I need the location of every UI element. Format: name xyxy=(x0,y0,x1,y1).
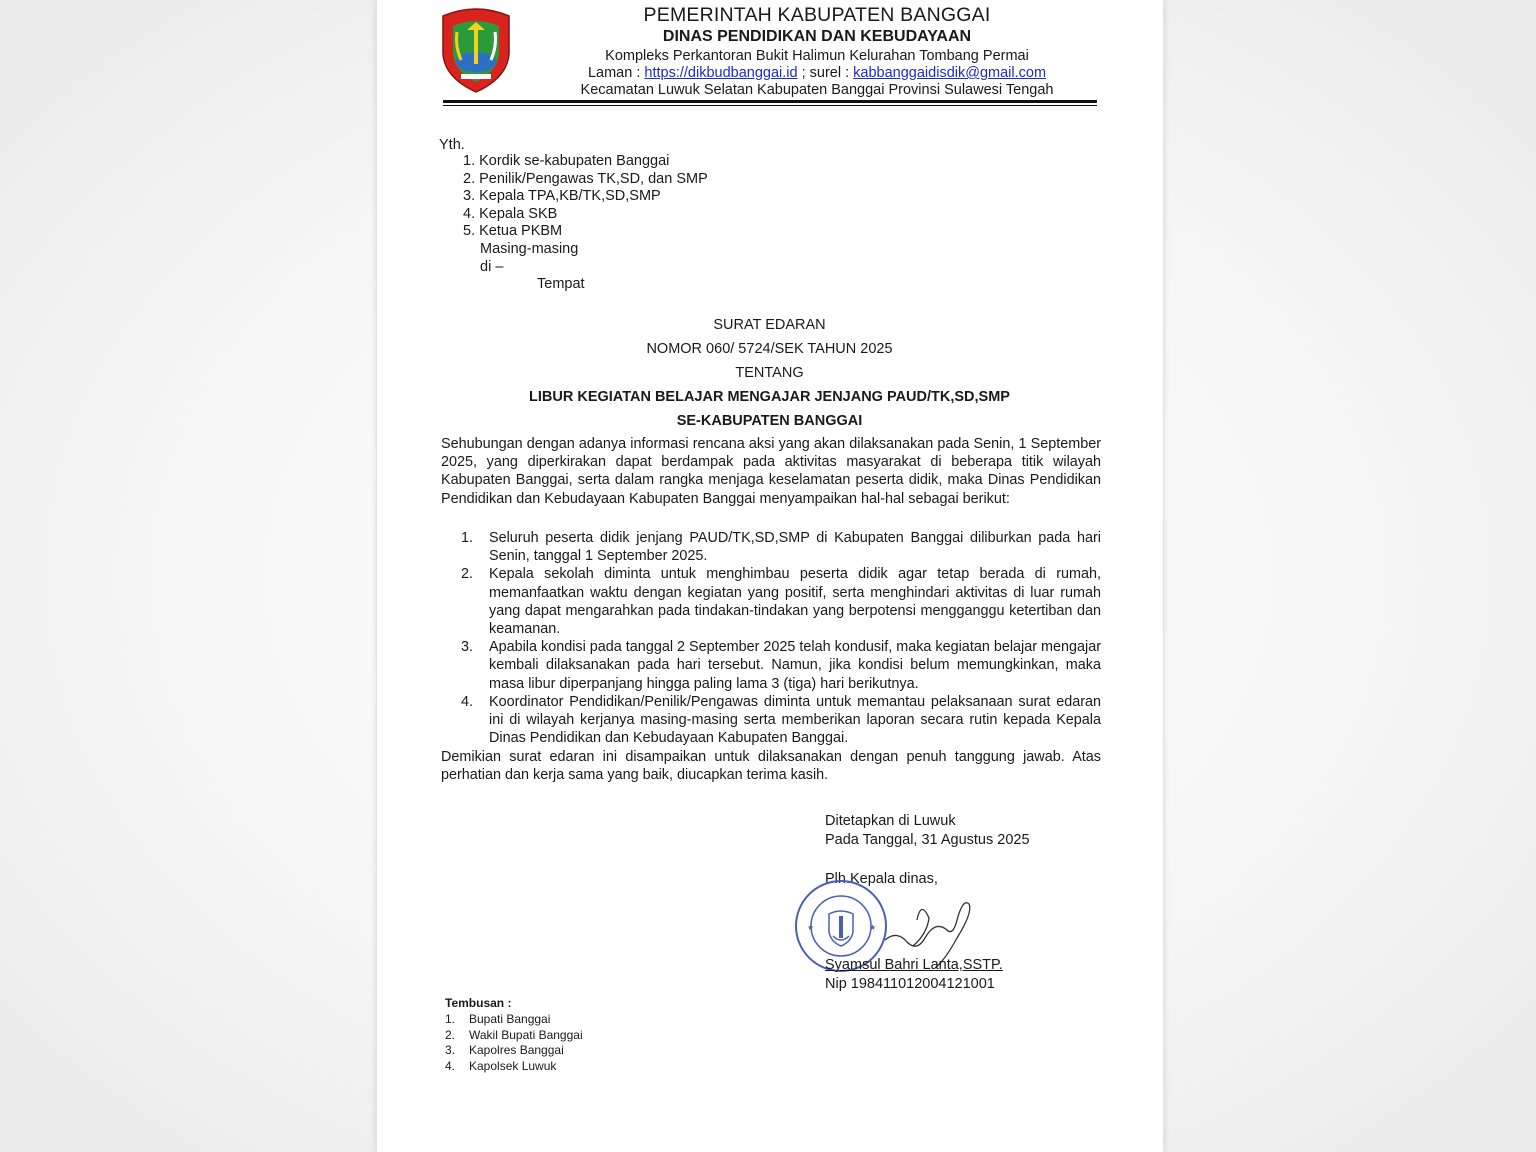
email-label: ; surel : xyxy=(798,65,854,81)
letterhead-address: Kompleks Perkantoran Bukit Halimun Kelur… xyxy=(517,48,1117,64)
copy-label: Tembusan : xyxy=(445,996,583,1012)
recipient-item: 3. Kepala TPA,KB/TK,SD,SMP xyxy=(463,188,708,206)
document-about: TENTANG xyxy=(437,365,1102,381)
recipient-masing: Masing-masing xyxy=(463,241,708,259)
document-subject: LIBUR KEGIATAN BELAJAR MENGAJAR JENJANG … xyxy=(437,389,1102,405)
letter-page: PEMERINTAH KABUPATEN BANGGAI DINAS PENDI… xyxy=(376,0,1164,1152)
regency-emblem-icon xyxy=(437,6,515,94)
website-link[interactable]: https://dikbudbanggai.id xyxy=(644,65,797,81)
document-subject-scope: SE-KABUPATEN BANGGAI xyxy=(437,413,1102,429)
email-link[interactable]: kabbanggaidisdik@gmail.com xyxy=(853,65,1046,81)
copy-item: 3.Kapolres Banggai xyxy=(445,1043,583,1059)
letterhead-divider xyxy=(443,100,1097,103)
letterhead-government: PEMERINTAH KABUPATEN BANGGAI xyxy=(517,4,1117,27)
document-number: NOMOR 060/ 5724/SEK TAHUN 2025 xyxy=(437,341,1102,357)
recipient-tempat: Tempat xyxy=(463,276,708,294)
instruction-item: 1.Seluruh peserta didik jenjang PAUD/TK,… xyxy=(461,529,1101,565)
signatory-name: Syamsul Bahri Lanta,SSTP. xyxy=(825,957,1003,973)
recipient-item: 5. Ketua PKBM xyxy=(463,223,708,241)
instruction-item: 3.Apabila kondisi pada tanggal 2 Septemb… xyxy=(461,638,1101,693)
instruction-item: 2.Kepala sekolah diminta untuk menghimba… xyxy=(461,565,1101,638)
svg-text:★: ★ xyxy=(869,923,876,932)
signature-place: Ditetapkan di Luwuk xyxy=(825,813,956,829)
copy-item: 1.Bupati Banggai xyxy=(445,1012,583,1028)
intro-paragraph: Sehubungan dengan adanya informasi renca… xyxy=(441,435,1101,508)
letterhead-divider-thin xyxy=(443,105,1097,106)
instruction-item: 4.Koordinator Pendidikan/Penilik/Pengawa… xyxy=(461,693,1101,748)
recipient-item: 4. Kepala SKB xyxy=(463,206,708,224)
website-label: Laman : xyxy=(588,65,644,81)
copy-item: 2.Wakil Bupati Banggai xyxy=(445,1028,583,1044)
recipient-item: 2. Penilik/Pengawas TK,SD, dan SMP xyxy=(463,171,708,189)
closing-paragraph: Demikian surat edaran ini disampaikan un… xyxy=(441,748,1101,784)
svg-text:★: ★ xyxy=(807,923,814,932)
recipient-di: di – xyxy=(463,259,708,277)
letterhead-district: Kecamatan Luwuk Selatan Kabupaten Bangga… xyxy=(517,82,1117,98)
signatory-nip: Nip 198411012004121001 xyxy=(825,976,995,992)
recipient-list: 1. Kordik se-kabupaten Banggai 2. Penili… xyxy=(463,153,708,294)
copy-item: 4.Kapolsek Luwuk xyxy=(445,1059,583,1075)
salutation: Yth. xyxy=(439,137,465,155)
letterhead-agency: DINAS PENDIDIKAN DAN KEBUDAYAAN xyxy=(517,28,1117,46)
copy-recipients: Tembusan : 1.Bupati Banggai 2.Wakil Bupa… xyxy=(445,996,583,1075)
letterhead-contact: Laman : https://dikbudbanggai.id ; surel… xyxy=(517,65,1117,81)
instruction-list: 1.Seluruh peserta didik jenjang PAUD/TK,… xyxy=(461,529,1101,747)
document-type: SURAT EDARAN xyxy=(437,317,1102,333)
recipient-item: 1. Kordik se-kabupaten Banggai xyxy=(463,153,708,171)
signature-date: Pada Tanggal, 31 Agustus 2025 xyxy=(825,832,1030,848)
